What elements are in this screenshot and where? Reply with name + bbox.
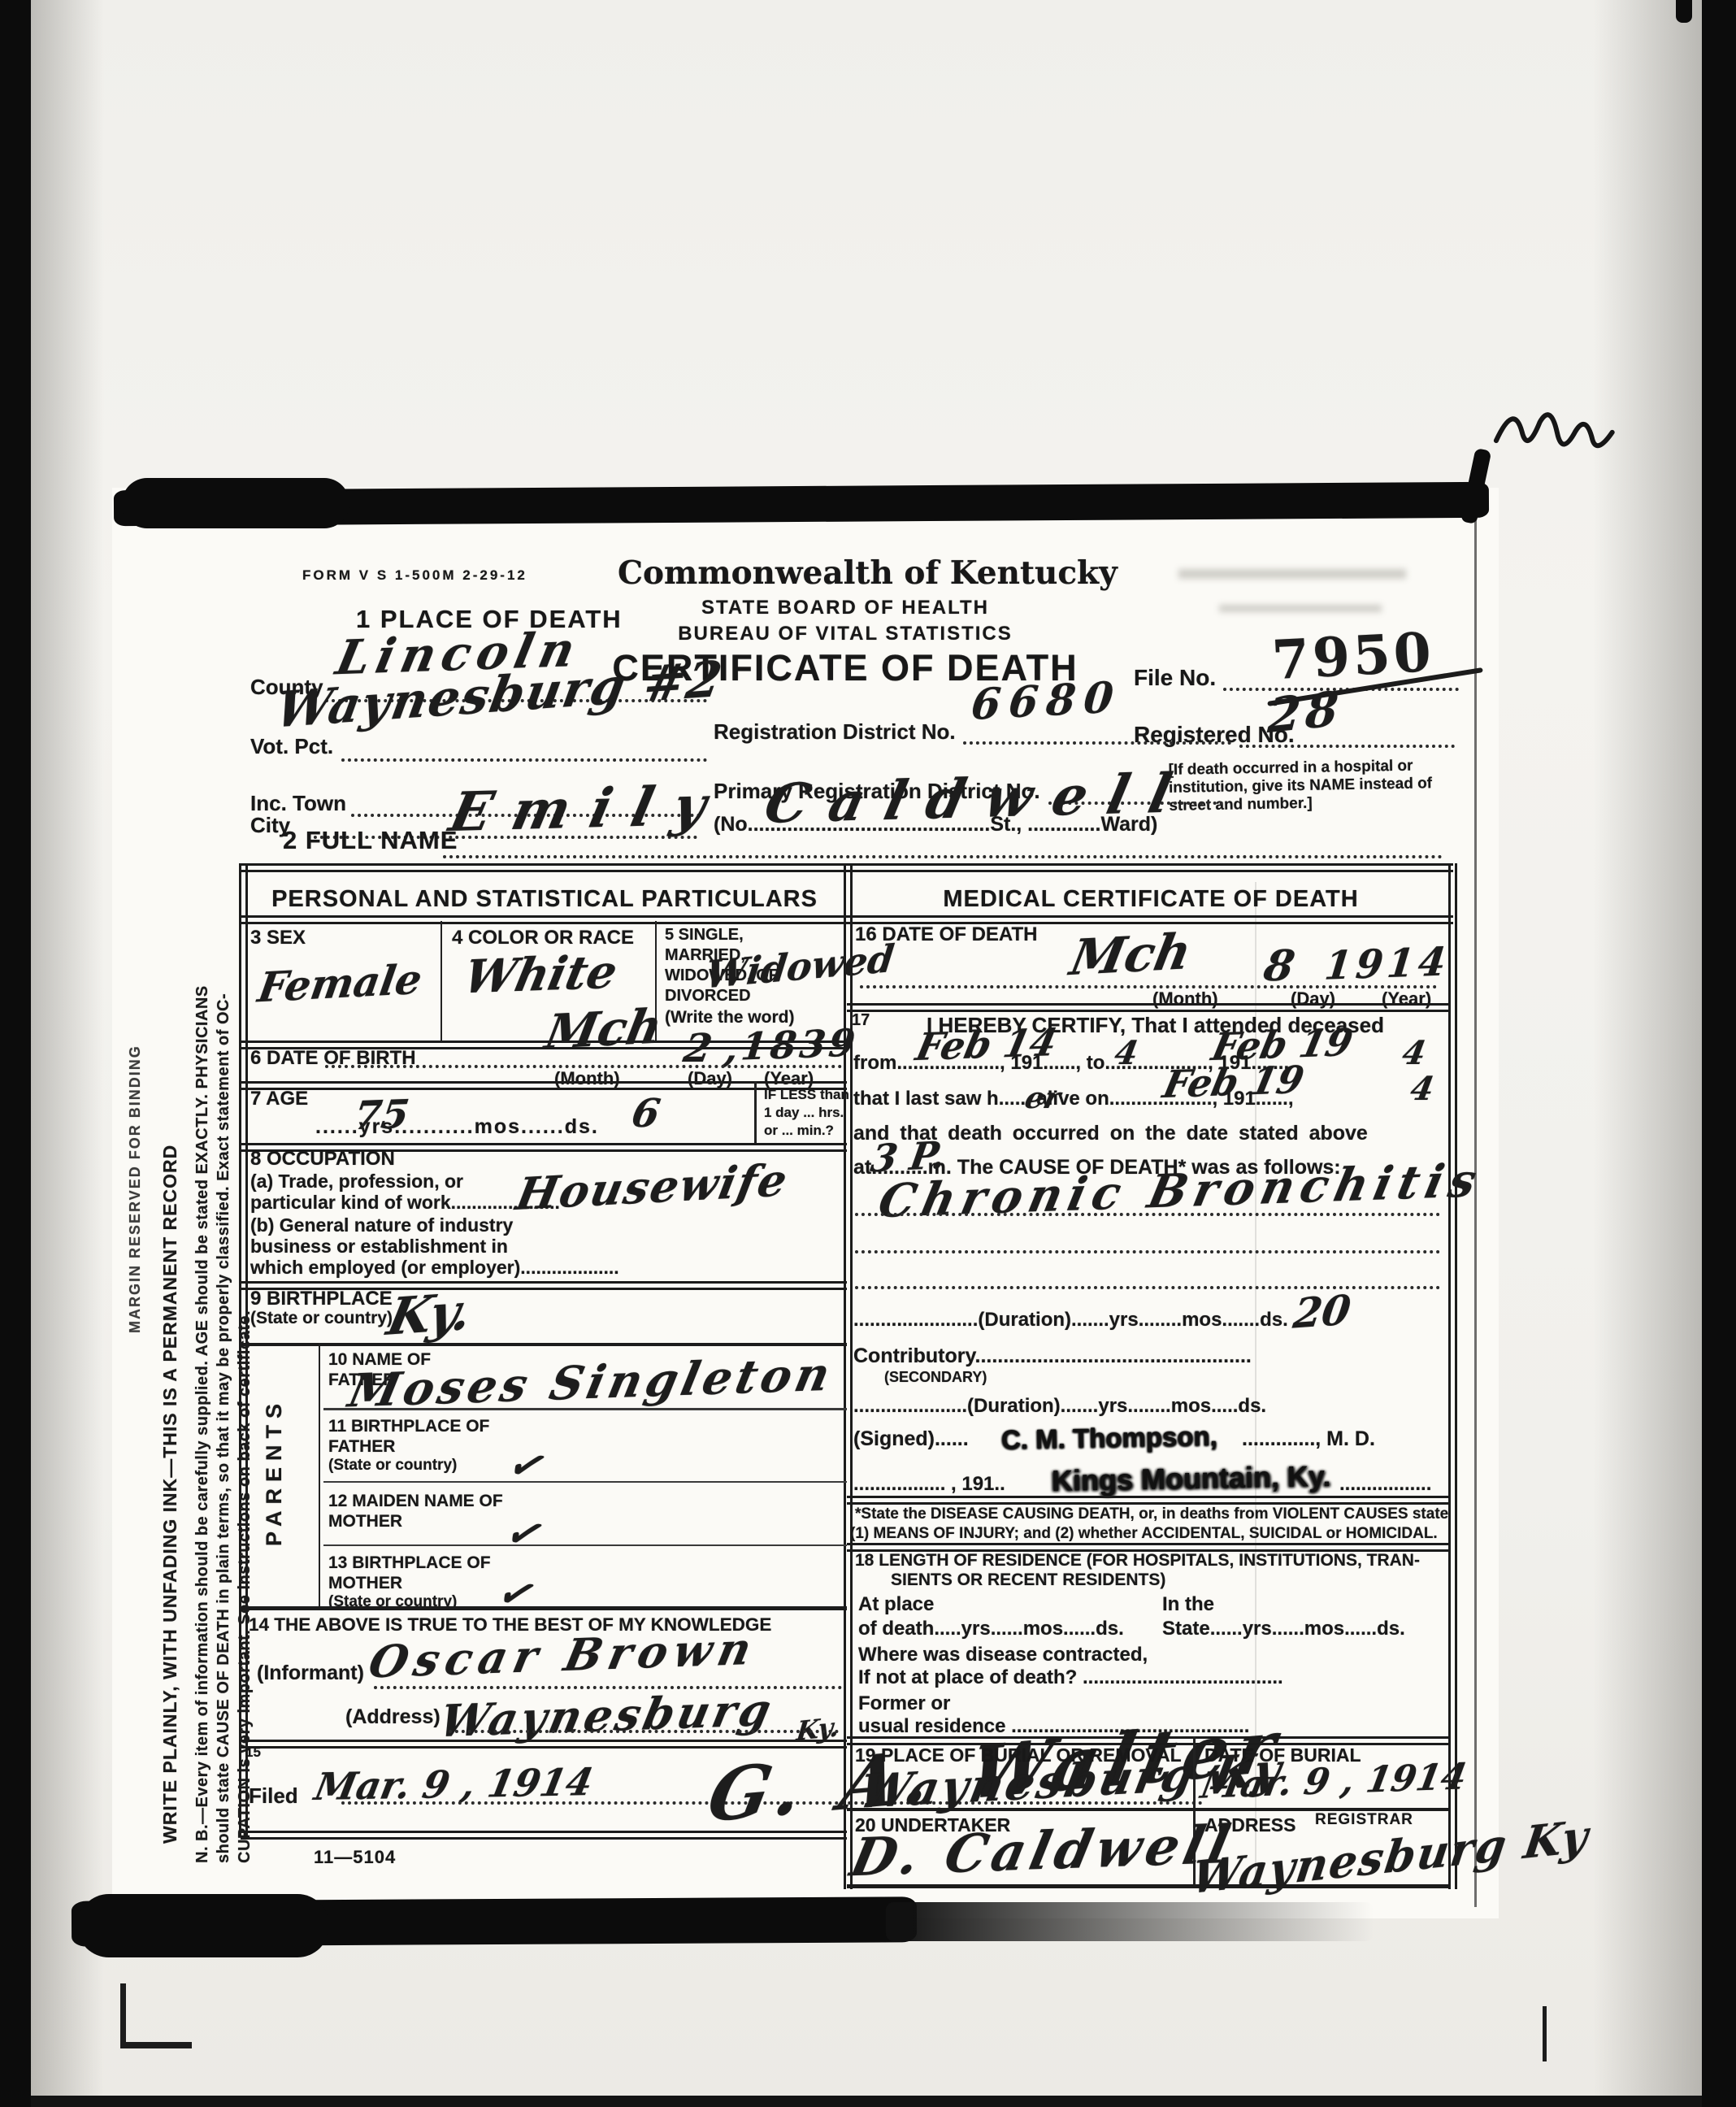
full-name-label: 2 FULL NAME (283, 826, 458, 855)
document-top-edge-blob (122, 478, 349, 528)
rule-above-filed (241, 1740, 847, 1749)
filed-item-number: 15 (245, 1744, 261, 1761)
rule-left-column-bottom (241, 1831, 847, 1840)
birthplace-label: 9 BIRTHPLACE (250, 1288, 393, 1310)
registered-no-value: 28 (1266, 680, 1345, 745)
residence-former-2: usual residence ........................… (858, 1715, 1249, 1738)
sex-label: 3 SEX (250, 927, 306, 949)
scanned-death-certificate: MARGIN RESERVED FOR BINDING WRITE PLAINL… (0, 0, 1736, 2107)
state-board-subtitle: STATE BOARD OF HEALTH (618, 597, 1073, 619)
hospital-note: [If death occurred in a hospital or inst… (1168, 757, 1437, 815)
full-name-leader (443, 855, 1443, 858)
if-less-note: IF LESS than 1 day ... hrs. or ... min.? (764, 1086, 853, 1140)
divider-parents (319, 1343, 320, 1608)
father-birthplace-label: 11 BIRTHPLACE OF FATHER (328, 1416, 491, 1457)
occupation-label: 8 OCCUPATION (250, 1148, 395, 1171)
rule-parents-bottom (241, 1606, 847, 1610)
age-label: 7 AGE (250, 1088, 308, 1110)
occupation-b2: business or establishment in (250, 1236, 508, 1258)
border-left (239, 863, 248, 1835)
residence-where-1: Where was disease contracted, (858, 1644, 1148, 1666)
medical-header: MEDICAL CERTIFICATE OF DEATH (850, 886, 1452, 913)
birthplace-sub: (State or country) (250, 1309, 393, 1328)
file-no-label: File No. (1134, 665, 1216, 691)
dod-month-value: Mch (1065, 923, 1196, 987)
margin-note-write-plainly: WRITE PLAINLY, WITH UNFADING INK—THIS IS… (159, 1145, 181, 1844)
ghost-mark-2 (1219, 605, 1382, 612)
commonwealth-title: Commonwealth of Kentucky (618, 554, 1073, 592)
margin-note-nb1: N. B.—Every item of information should b… (193, 985, 212, 1863)
address-label: (Address) (345, 1705, 441, 1729)
scan-edge-right (1702, 0, 1736, 2107)
rule-right-column-bottom (847, 1884, 1448, 1888)
residence-in-the-1: In the (1162, 1593, 1214, 1616)
cause-leader-2 (855, 1250, 1440, 1253)
occupation-a1: (a) Trade, profession, or (250, 1171, 463, 1193)
duration-value: 20 (1291, 1285, 1354, 1338)
residence-at-place-1: At place (858, 1593, 934, 1616)
margin-note-binding: MARGIN RESERVED FOR BINDING (127, 1045, 144, 1333)
residence-label-line1: 18 LENGTH OF RESIDENCE (FOR HOSPITALS, I… (855, 1551, 1420, 1570)
corner-bracket-vertical (120, 1983, 126, 2048)
filed-label: Filed (249, 1783, 298, 1809)
signed-label: (Signed)...... (853, 1427, 969, 1451)
parents-side-label: PARENTS (262, 1397, 287, 1546)
residence-former-1: Former or (858, 1692, 950, 1715)
rule-above-footnote (847, 1496, 1448, 1505)
line-under-father-bp (323, 1481, 847, 1483)
scan-edge-left (0, 0, 31, 2107)
footnote-line2: (1) MEANS OF INJURY; and (2) whether ACC… (850, 1525, 1438, 1543)
form-code: FORM V S 1-500M 2-29-12 (302, 567, 527, 584)
personal-header: PERSONAL AND STATISTICAL PARTICULARS (244, 886, 845, 913)
residence-at-place-2: of death.....yrs......mos......ds. (858, 1618, 1124, 1640)
ghost-mark-1 (1178, 569, 1406, 579)
rule-under-dod (847, 1003, 1448, 1012)
scan-nub-top-right (1676, 0, 1692, 23)
secondary-sub-label: (SECONDARY) (884, 1369, 987, 1386)
corner-bracket-horizontal (120, 2042, 192, 2048)
residence-label-line2: SIENTS OR RECENT RESIDENTS) (891, 1570, 1165, 1590)
margin-note-nb2: should state CAUSE OF DEATH in plain ter… (215, 993, 233, 1863)
duration-line: .......................(Duration).......… (853, 1309, 1288, 1332)
line-under-mother-maiden (323, 1544, 847, 1546)
address-leader (449, 1730, 839, 1733)
signed-place-line-a: ................. , 191.. (853, 1473, 1005, 1496)
duration2-line: .....................(Duration).......yr… (853, 1395, 1266, 1418)
age-years-value: 75 (351, 1092, 412, 1140)
sex-value: Female (254, 954, 425, 1011)
informant-label: (Informant) (257, 1662, 364, 1685)
race-value: White (459, 945, 622, 1004)
registration-district-value: 6680 (969, 672, 1123, 730)
registration-district-leader (963, 741, 1231, 745)
scan-grain-left (31, 0, 104, 2107)
certify-lastsaw-value: Feb 19 (1159, 1058, 1308, 1106)
signed-place-value: Kings Mountain, Ky. (1052, 1459, 1331, 1498)
precinct-leader (341, 758, 707, 762)
document-bottom-edge-blob (77, 1894, 329, 1957)
rule-under-burial (847, 1808, 1448, 1811)
mother-maiden-label: 12 MAIDEN NAME OF MOTHER (328, 1491, 507, 1531)
divider-age-ifless (754, 1081, 757, 1145)
registrar-label: REGISTRAR (1315, 1811, 1413, 1829)
birthplace-value: Ky. (382, 1281, 477, 1347)
occupation-b3: which employed (or employer)............… (250, 1257, 619, 1279)
dod-leader (860, 985, 1437, 988)
cause-leader-1 (855, 1213, 1440, 1216)
plate-number: 11—5104 (314, 1847, 396, 1868)
border-right (1448, 863, 1457, 1889)
residence-where-2: If not at place of death? ..............… (858, 1666, 1283, 1689)
scan-edge-bottom (31, 2096, 1702, 2107)
footnote-line1: *State the DISEASE CAUSING DEATH, or, in… (855, 1505, 1448, 1523)
certify-from-value: Feb 14 (912, 1020, 1061, 1069)
mother-birthplace-label: 13 BIRTHPLACE OF MOTHER (328, 1553, 491, 1593)
divider-sex-race (441, 921, 442, 1043)
line-under-father (323, 1408, 847, 1410)
certify-item-number: 17 (852, 1011, 870, 1030)
registration-district-label: Registration District No. (714, 719, 956, 745)
bureau-subtitle: BUREAU OF VITAL STATISTICS (618, 623, 1073, 645)
rule-parents-top (241, 1343, 847, 1346)
contributory-line: Contributory............................… (853, 1345, 1252, 1368)
physician-name: C. M. Thompson, (1001, 1421, 1217, 1456)
registered-no-leader (1239, 745, 1455, 748)
document-bottom-edge-fade (886, 1902, 1374, 1941)
occupation-b1: (b) General nature of industry (250, 1214, 513, 1236)
dob-year-value: 1839 (739, 1020, 861, 1068)
dod-year-value: 1914 (1322, 939, 1452, 989)
dob-month-value: Mch (540, 998, 666, 1060)
tick-mark (1543, 2006, 1547, 2061)
signed-tail: ............., M. D. (1242, 1427, 1375, 1451)
residence-in-the-2: State......yrs......mos......ds. (1162, 1618, 1405, 1640)
father-birthplace-sub: (State or country) (328, 1457, 457, 1475)
scan-grain-right (1593, 0, 1702, 2107)
dod-label: 16 DATE OF DEATH (855, 923, 1037, 946)
signed-place-line-b: ................. (1339, 1473, 1431, 1496)
